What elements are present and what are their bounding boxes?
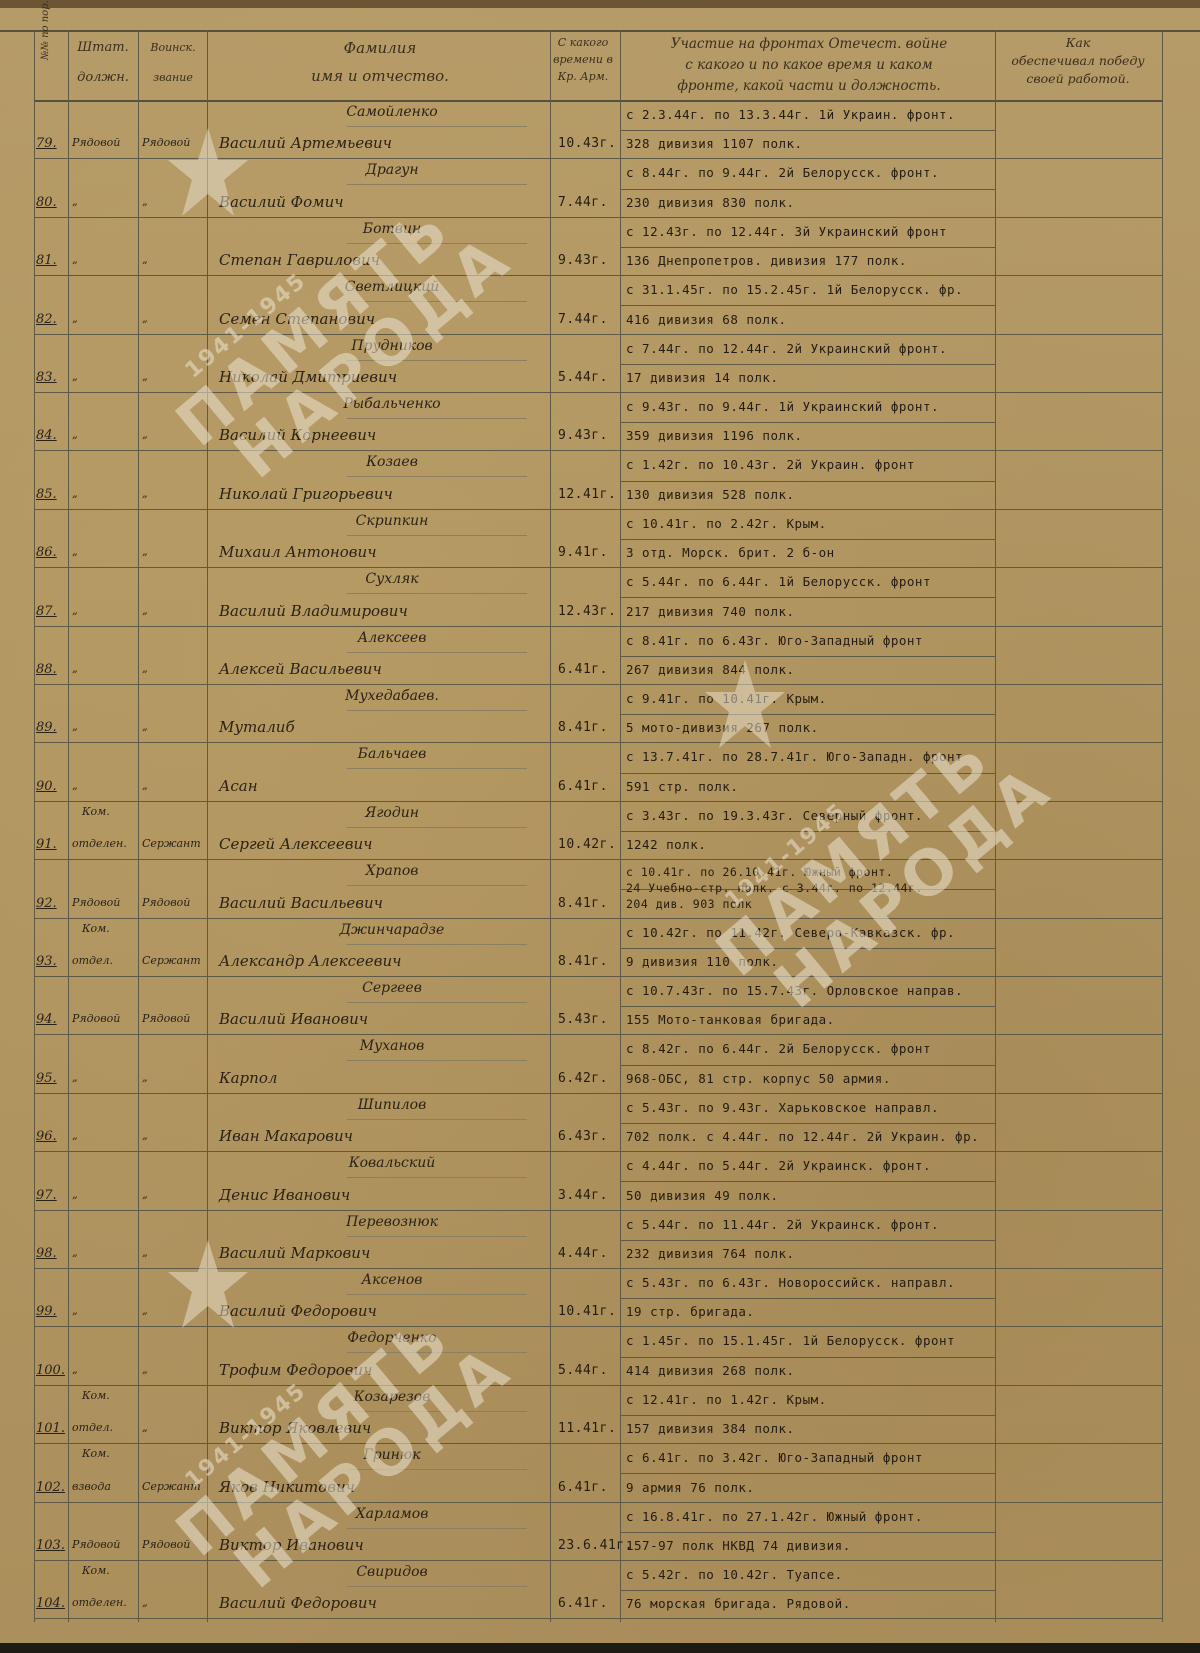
surname-underline bbox=[347, 1119, 527, 1120]
rank-cell: „ bbox=[142, 428, 148, 441]
given-name-cell: Степан Гаврилович bbox=[219, 251, 380, 269]
surname-underline bbox=[347, 944, 527, 945]
position-cell: взвода bbox=[72, 1480, 111, 1493]
position-cell: Рядовой bbox=[72, 896, 120, 909]
surname-cell: Драгун bbox=[212, 162, 572, 178]
given-name-cell: Семен Степанович bbox=[219, 310, 375, 328]
surname-cell: Алексеев bbox=[212, 630, 572, 646]
surname-underline bbox=[347, 710, 527, 711]
service-line-1: с 5.43г. по 9.43г. Харьковское направл. bbox=[626, 1100, 939, 1115]
service-line-2: 19 стр. бригада. bbox=[626, 1304, 754, 1319]
service-line-1: с 3.43г. по 19.3.43г. Северный фронт. bbox=[626, 808, 923, 823]
rank-cell: „ bbox=[142, 1246, 148, 1259]
position-cell: „ bbox=[72, 1304, 78, 1317]
since-date-cell: 9.41г. bbox=[558, 545, 608, 560]
surname-underline bbox=[347, 885, 527, 886]
service-line-1: с 5.42г. по 10.42г. Туапсе. bbox=[626, 1567, 843, 1582]
surname-underline bbox=[347, 184, 527, 185]
surname-cell: Мухедабаев. bbox=[212, 688, 572, 704]
position-cell: „ bbox=[72, 487, 78, 500]
since-date-cell: 12.43г. bbox=[558, 604, 616, 619]
rule-line bbox=[34, 1560, 1162, 1561]
since-date-cell: 8.41г. bbox=[558, 896, 608, 911]
service-line-2: 3 отд. Морск. брит. 2 б-он bbox=[626, 545, 835, 560]
since-date-cell: 5.44г. bbox=[558, 370, 608, 385]
header-service: Участие на фронтах Отечест. войне с како… bbox=[624, 34, 994, 97]
position-cell: „ bbox=[72, 662, 78, 675]
service-line-1: с 5.44г. по 6.44г. 1й Белорусск. фронт bbox=[626, 574, 931, 589]
rank-cell: Рядовой bbox=[142, 136, 190, 149]
rank-cell: Сержант bbox=[142, 954, 201, 967]
service-line-1: с 13.7.41г. по 28.7.41г. Юго-Западн. фро… bbox=[626, 749, 963, 764]
row-number: 104. bbox=[36, 1596, 65, 1611]
since-date-cell: 8.41г. bbox=[558, 720, 608, 735]
since-date-cell: 6.41г. bbox=[558, 1596, 608, 1611]
surname-cell: Свиридов bbox=[212, 1564, 572, 1580]
given-name-cell: Василий Федорович bbox=[219, 1594, 377, 1612]
rule-line bbox=[620, 1473, 995, 1474]
rank-cell: „ bbox=[142, 1363, 148, 1376]
since-date-cell: 9.43г. bbox=[558, 428, 608, 443]
surname-cell: Ботвин bbox=[212, 221, 572, 237]
rank-cell: Сержант bbox=[142, 837, 201, 850]
position-cell: „ bbox=[72, 1246, 78, 1259]
row-number: 98. bbox=[36, 1246, 57, 1261]
rank-cell: Сержант bbox=[142, 1480, 201, 1493]
service-line-2: 968-ОБС, 81 стр. корпус 50 армия. bbox=[626, 1071, 891, 1086]
rule-line bbox=[620, 1065, 995, 1066]
header-rank-line1: Воинск. bbox=[140, 38, 206, 58]
position-cell: отделен. bbox=[72, 837, 127, 850]
row-number: 83. bbox=[36, 370, 57, 385]
position-cell: „ bbox=[72, 195, 78, 208]
position-cell: „ bbox=[72, 1188, 78, 1201]
header-since-line3: Кр. Арм. bbox=[548, 68, 618, 85]
rule-line bbox=[620, 1415, 995, 1416]
surname-underline bbox=[347, 301, 527, 302]
rule-line bbox=[34, 1443, 1162, 1444]
rule-line bbox=[0, 30, 1200, 32]
rank-cell: Рядовой bbox=[142, 1012, 190, 1025]
service-line-2: 157 дивизия 384 полк. bbox=[626, 1421, 795, 1436]
row-number: 99. bbox=[36, 1304, 57, 1319]
service-line-2: 157-97 полк НКВД 74 дивизия. bbox=[626, 1538, 851, 1553]
given-name-cell: Александр Алексеевич bbox=[219, 952, 401, 970]
header-service-line3: фронте, какой части и должность. bbox=[624, 76, 994, 97]
since-date-cell: 11.41г. bbox=[558, 1421, 616, 1436]
rule-line bbox=[620, 422, 995, 423]
row-number: 97. bbox=[36, 1188, 57, 1203]
column-rule bbox=[34, 30, 35, 1622]
given-name-cell: Василий Артемьевич bbox=[219, 134, 392, 152]
row-number: 81. bbox=[36, 253, 57, 268]
rank-cell: „ bbox=[142, 1304, 148, 1317]
rule-line bbox=[620, 1532, 995, 1533]
since-date-cell: 10.41г. bbox=[558, 1304, 616, 1319]
since-date-cell: 4.44г. bbox=[558, 1246, 608, 1261]
service-line-2: 9 армия 76 полк. bbox=[626, 1480, 754, 1495]
row-number: 86. bbox=[36, 545, 57, 560]
rule-line bbox=[34, 684, 1162, 685]
service-line-3: 204 див. 903 полк bbox=[626, 897, 752, 911]
rule-line bbox=[34, 1268, 1162, 1269]
given-name-cell: Алексей Васильевич bbox=[219, 660, 382, 678]
rule-line bbox=[34, 275, 1162, 276]
surname-cell: Прудников bbox=[212, 338, 572, 354]
row-number: 101. bbox=[36, 1421, 65, 1436]
given-name-cell: Сергей Алексеевич bbox=[219, 835, 372, 853]
surname-underline bbox=[347, 476, 527, 477]
surname-cell: Самойленко bbox=[212, 104, 572, 120]
rule-line bbox=[620, 831, 995, 832]
service-line-2: 267 дивизия 844 полк. bbox=[626, 662, 795, 677]
surname-underline bbox=[347, 1236, 527, 1237]
surname-underline bbox=[347, 1352, 527, 1353]
header-victory-line2: обеспечивал победу bbox=[998, 52, 1158, 70]
given-name-cell: Муталиб bbox=[219, 718, 295, 736]
since-date-cell: 6.41г. bbox=[558, 779, 608, 794]
rule-line bbox=[34, 1034, 1162, 1035]
service-line-1: с 10.7.43г. по 15.7.43г. Орловское напра… bbox=[626, 983, 963, 998]
rule-line bbox=[34, 626, 1162, 627]
rule-line bbox=[620, 189, 995, 190]
surname-underline bbox=[347, 1586, 527, 1587]
rule-line bbox=[620, 364, 995, 365]
service-line-2: 155 Мото-танковая бригада. bbox=[626, 1012, 835, 1027]
service-line-2: 702 полк. с 4.44г. по 12.44г. 2й Украин.… bbox=[626, 1129, 979, 1144]
surname-cell: Аксенов bbox=[212, 1272, 572, 1288]
since-date-cell: 5.43г. bbox=[558, 1012, 608, 1027]
rank-cell: „ bbox=[142, 1188, 148, 1201]
rank-cell: „ bbox=[142, 370, 148, 383]
service-line-2: 9 дивизия 110 полк. bbox=[626, 954, 779, 969]
given-name-cell: Виктор Иванович bbox=[219, 1536, 364, 1554]
rule-line bbox=[620, 481, 995, 482]
service-line-1: с 9.43г. по 9.44г. 1й Украинский фронт. bbox=[626, 399, 939, 414]
given-name-cell: Василий Фомич bbox=[219, 193, 344, 211]
rule-line bbox=[34, 1093, 1162, 1094]
surname-cell: Шипилов bbox=[212, 1097, 572, 1113]
given-name-cell: Яков Никитович bbox=[219, 1478, 355, 1496]
rule-line bbox=[620, 1357, 995, 1358]
header-fullname-line1: Фамилия bbox=[210, 38, 550, 58]
surname-underline bbox=[347, 360, 527, 361]
position-cell: Рядовой bbox=[72, 136, 120, 149]
rule-line bbox=[620, 1240, 995, 1241]
service-line-1: с 4.44г. по 5.44г. 2й Украинск. фронт. bbox=[626, 1158, 931, 1173]
surname-underline bbox=[347, 593, 527, 594]
rule-line bbox=[34, 976, 1162, 977]
position-cell: „ bbox=[72, 604, 78, 617]
service-line-2: 217 дивизия 740 полк. bbox=[626, 604, 795, 619]
surname-underline bbox=[347, 827, 527, 828]
service-line-2: 130 дивизия 528 полк. bbox=[626, 487, 795, 502]
position-cell: „ bbox=[72, 1071, 78, 1084]
rule-line bbox=[620, 539, 995, 540]
service-line-1: с 6.41г. по 3.42г. Юго-Западный фронт bbox=[626, 1450, 923, 1465]
page-bottom-edge bbox=[0, 1643, 1200, 1653]
service-line-2: 328 дивизия 1107 полк. bbox=[626, 136, 803, 151]
rule-line bbox=[34, 1385, 1162, 1386]
row-number: 82. bbox=[36, 312, 57, 327]
service-line-1: с 12.43г. по 12.44г. 3й Украинский фронт bbox=[626, 224, 947, 239]
row-number: 92. bbox=[36, 896, 57, 911]
position-cell: отдел. bbox=[72, 954, 113, 967]
surname-cell: Ковальский bbox=[212, 1155, 572, 1171]
header-number: №№ по пор. bbox=[36, 0, 56, 60]
service-line-1: с 10.42г. по 11.42г. Северо-Кавказск. фр… bbox=[626, 925, 955, 940]
rule-line bbox=[34, 100, 1162, 102]
column-rule bbox=[207, 30, 208, 1622]
row-number: 85. bbox=[36, 487, 57, 502]
since-date-cell: 23.6.41г. bbox=[558, 1538, 633, 1553]
since-date-cell: 6.42г. bbox=[558, 1071, 608, 1086]
service-line-1: с 1.45г. по 15.1.45г. 1й Белорусск. фрон… bbox=[626, 1333, 955, 1348]
position-cell: „ bbox=[72, 1363, 78, 1376]
given-name-cell: Николай Дмитриевич bbox=[219, 368, 397, 386]
since-date-cell: 6.41г. bbox=[558, 1480, 608, 1495]
header-victory-line1: Как bbox=[998, 34, 1158, 52]
surname-underline bbox=[347, 1411, 527, 1412]
given-name-cell: Трофим Федорович bbox=[219, 1361, 372, 1379]
surname-underline bbox=[347, 535, 527, 536]
surname-underline bbox=[347, 126, 527, 127]
since-date-cell: 5.44г. bbox=[558, 1363, 608, 1378]
surname-underline bbox=[347, 768, 527, 769]
service-line-2: 76 морская бригада. Рядовой. bbox=[626, 1596, 851, 1611]
header-since-line1: С какого bbox=[548, 34, 618, 51]
surname-cell: Перевознюк bbox=[212, 1214, 572, 1230]
row-number: 88. bbox=[36, 662, 57, 677]
service-line-1: с 8.42г. по 6.44г. 2й Белорусск. фронт bbox=[626, 1041, 931, 1056]
rule-line bbox=[34, 859, 1162, 860]
rule-line bbox=[620, 597, 995, 598]
since-date-cell: 3.44г. bbox=[558, 1188, 608, 1203]
since-date-cell: 12.41г. bbox=[558, 487, 616, 502]
position-prefix: Ком. bbox=[82, 1389, 110, 1402]
surname-underline bbox=[347, 1002, 527, 1003]
since-date-cell: 6.43г. bbox=[558, 1129, 608, 1144]
column-rule bbox=[1162, 30, 1163, 1622]
header-rank-line2: звание bbox=[140, 68, 206, 88]
surname-cell: Скрипкин bbox=[212, 513, 572, 529]
rank-cell: „ bbox=[142, 779, 148, 792]
rank-cell: „ bbox=[142, 253, 148, 266]
service-line-2: 1242 полк. bbox=[626, 837, 706, 852]
service-line-1: с 5.44г. по 11.44г. 2й Украинск. фронт. bbox=[626, 1217, 939, 1232]
service-line-2: 232 дивизия 764 полк. bbox=[626, 1246, 795, 1261]
row-number: 102. bbox=[36, 1480, 65, 1495]
service-line-2: 50 дивизия 49 полк. bbox=[626, 1188, 779, 1203]
service-line-1: с 1.42г. по 10.43г. 2й Украин. фронт bbox=[626, 457, 915, 472]
row-number: 84. bbox=[36, 428, 57, 443]
surname-underline bbox=[347, 1060, 527, 1061]
service-line-2: 5 мото-дивизия 267 полк. bbox=[626, 720, 819, 735]
since-date-cell: 10.43г. bbox=[558, 136, 616, 151]
column-rule bbox=[68, 30, 69, 1622]
surname-cell: Храпов bbox=[212, 863, 572, 879]
row-number: 94. bbox=[36, 1012, 57, 1027]
position-cell: „ bbox=[72, 253, 78, 266]
rule-line bbox=[34, 567, 1162, 568]
rule-line bbox=[34, 742, 1162, 743]
rank-cell: Рядовой bbox=[142, 896, 190, 909]
row-number: 91. bbox=[36, 837, 57, 852]
given-name-cell: Василий Иванович bbox=[219, 1010, 368, 1028]
header-fullname-line2: имя и отчество. bbox=[210, 66, 550, 86]
rule-line bbox=[34, 1618, 1162, 1619]
service-line-2: 24 Учебно-стр. полк. с 3.44г. по 12.44г. bbox=[626, 881, 923, 895]
column-rule bbox=[995, 30, 996, 1622]
service-line-2: 591 стр. полк. bbox=[626, 779, 738, 794]
rule-line bbox=[34, 918, 1162, 919]
position-cell: „ bbox=[72, 428, 78, 441]
rule-line bbox=[620, 130, 995, 131]
rule-line bbox=[34, 334, 1162, 335]
given-name-cell: Василий Владимирович bbox=[219, 602, 408, 620]
given-name-cell: Иван Макарович bbox=[219, 1127, 353, 1145]
row-number: 87. bbox=[36, 604, 57, 619]
position-cell: „ bbox=[72, 779, 78, 792]
row-number: 96. bbox=[36, 1129, 57, 1144]
rule-line bbox=[620, 948, 995, 949]
service-line-1: с 2.3.44г. по 13.3.44г. 1й Украин. фронт… bbox=[626, 107, 955, 122]
given-name-cell: Михаил Антонович bbox=[219, 543, 377, 561]
page-top-edge bbox=[0, 0, 1200, 8]
since-date-cell: 8.41г. bbox=[558, 954, 608, 969]
rule-line bbox=[34, 1151, 1162, 1152]
header-since-line2: времени в bbox=[548, 51, 618, 68]
rule-line bbox=[620, 247, 995, 248]
column-rule bbox=[550, 30, 551, 1622]
rule-line bbox=[620, 1181, 995, 1182]
given-name-cell: Денис Иванович bbox=[219, 1186, 350, 1204]
header-since: С какого времени в Кр. Арм. bbox=[548, 34, 618, 85]
surname-cell: Козаев bbox=[212, 454, 572, 470]
surname-underline bbox=[347, 418, 527, 419]
rank-cell: „ bbox=[142, 195, 148, 208]
since-date-cell: 7.44г. bbox=[558, 312, 608, 327]
service-line-1: с 10.41г. по 26.10.41г. Южный фронт. bbox=[626, 865, 893, 879]
position-cell: Рядовой bbox=[72, 1012, 120, 1025]
rule-line bbox=[34, 392, 1162, 393]
surname-underline bbox=[347, 652, 527, 653]
surname-cell: Харламов bbox=[212, 1506, 572, 1522]
service-line-1: с 8.44г. по 9.44г. 2й Белорусск. фронт. bbox=[626, 165, 939, 180]
header-victory-line3: своей работой. bbox=[998, 70, 1158, 88]
rank-cell: „ bbox=[142, 1421, 148, 1434]
rank-cell: „ bbox=[142, 604, 148, 617]
position-cell: отделен. bbox=[72, 1596, 127, 1609]
service-line-2: 414 дивизия 268 полк. bbox=[626, 1363, 795, 1378]
service-line-1: с 8.41г. по 6.43г. Юго-Западный фронт bbox=[626, 633, 923, 648]
given-name-cell: Василий Федорович bbox=[219, 1302, 377, 1320]
surname-cell: Рыбальченко bbox=[212, 396, 572, 412]
rule-line bbox=[34, 450, 1162, 451]
service-line-1: с 5.43г. по 6.43г. Новороссийск. направл… bbox=[626, 1275, 955, 1290]
given-name-cell: Асан bbox=[219, 777, 258, 795]
surname-cell: Бальчаев bbox=[212, 746, 572, 762]
rule-line bbox=[34, 1502, 1162, 1503]
row-number: 103. bbox=[36, 1538, 65, 1553]
position-cell: отдел. bbox=[72, 1421, 113, 1434]
position-cell: „ bbox=[72, 545, 78, 558]
given-name-cell: Николай Григорьевич bbox=[219, 485, 393, 503]
rule-line bbox=[620, 1123, 995, 1124]
surname-cell: Козарезов bbox=[212, 1389, 572, 1405]
service-line-1: с 7.44г. по 12.44г. 2й Украинский фронт. bbox=[626, 341, 947, 356]
service-line-1: с 16.8.41г. по 27.1.42г. Южный фронт. bbox=[626, 1509, 923, 1524]
surname-underline bbox=[347, 1528, 527, 1529]
since-date-cell: 9.43г. bbox=[558, 253, 608, 268]
rank-cell: „ bbox=[142, 312, 148, 325]
surname-cell: Муханов bbox=[212, 1038, 572, 1054]
row-number: 90. bbox=[36, 779, 57, 794]
header-victory: Как обеспечивал победу своей работой. bbox=[998, 34, 1158, 88]
since-date-cell: 6.41г. bbox=[558, 662, 608, 677]
surname-underline bbox=[347, 1177, 527, 1178]
rule-line bbox=[34, 1326, 1162, 1327]
service-line-2: 230 дивизия 830 полк. bbox=[626, 195, 795, 210]
document-page: №№ по пор. Штат. должн. Воинск. звание Ф… bbox=[0, 0, 1200, 1653]
service-line-1: с 31.1.45г. по 15.2.45г. 1й Белорусск. ф… bbox=[626, 282, 963, 297]
surname-cell: Ягодин bbox=[212, 805, 572, 821]
since-date-cell: 7.44г. bbox=[558, 195, 608, 210]
given-name-cell: Василий Корнеевич bbox=[219, 426, 376, 444]
row-number: 95. bbox=[36, 1071, 57, 1086]
service-line-1: с 12.41г. по 1.42г. Крым. bbox=[626, 1392, 827, 1407]
position-cell: Рядовой bbox=[72, 1538, 120, 1551]
position-prefix: Ком. bbox=[82, 1564, 110, 1577]
header-position: Штат. должн. bbox=[72, 38, 134, 88]
surname-underline bbox=[347, 1469, 527, 1470]
surname-cell: Федорченко bbox=[212, 1330, 572, 1346]
service-line-1: с 9.41г. по 10.41г. Крым. bbox=[626, 691, 827, 706]
rank-cell: „ bbox=[142, 1129, 148, 1142]
header-position-line2: должн. bbox=[72, 68, 134, 88]
rule-line bbox=[620, 1006, 995, 1007]
rank-cell: „ bbox=[142, 1596, 148, 1609]
rule-line bbox=[34, 1210, 1162, 1211]
service-line-2: 416 дивизия 68 полк. bbox=[626, 312, 787, 327]
rule-line bbox=[620, 656, 995, 657]
header-position-line1: Штат. bbox=[72, 38, 134, 58]
rule-line bbox=[620, 1298, 995, 1299]
given-name-cell: Василий Васильевич bbox=[219, 894, 383, 912]
since-date-cell: 10.42г. bbox=[558, 837, 616, 852]
rule-line bbox=[620, 714, 995, 715]
header-service-line1: Участие на фронтах Отечест. войне bbox=[624, 34, 994, 55]
column-rule bbox=[620, 30, 621, 1622]
surname-cell: Светлицкий bbox=[212, 279, 572, 295]
given-name-cell: Карпол bbox=[219, 1069, 277, 1087]
rule-line bbox=[620, 1590, 995, 1591]
row-number: 89. bbox=[36, 720, 57, 735]
rule-line bbox=[34, 217, 1162, 218]
header-rank: Воинск. звание bbox=[140, 38, 206, 88]
position-cell: „ bbox=[72, 370, 78, 383]
position-cell: „ bbox=[72, 312, 78, 325]
column-rule bbox=[138, 30, 139, 1622]
surname-cell: Джинчарадзе bbox=[212, 922, 572, 938]
surname-cell: Сухляк bbox=[212, 571, 572, 587]
rule-line bbox=[34, 158, 1162, 159]
rule-line bbox=[34, 509, 1162, 510]
rule-line bbox=[34, 801, 1162, 802]
rank-cell: „ bbox=[142, 662, 148, 675]
row-number: 79. bbox=[36, 136, 57, 151]
header-service-line2: с какого и по какое время и каком bbox=[624, 55, 994, 76]
